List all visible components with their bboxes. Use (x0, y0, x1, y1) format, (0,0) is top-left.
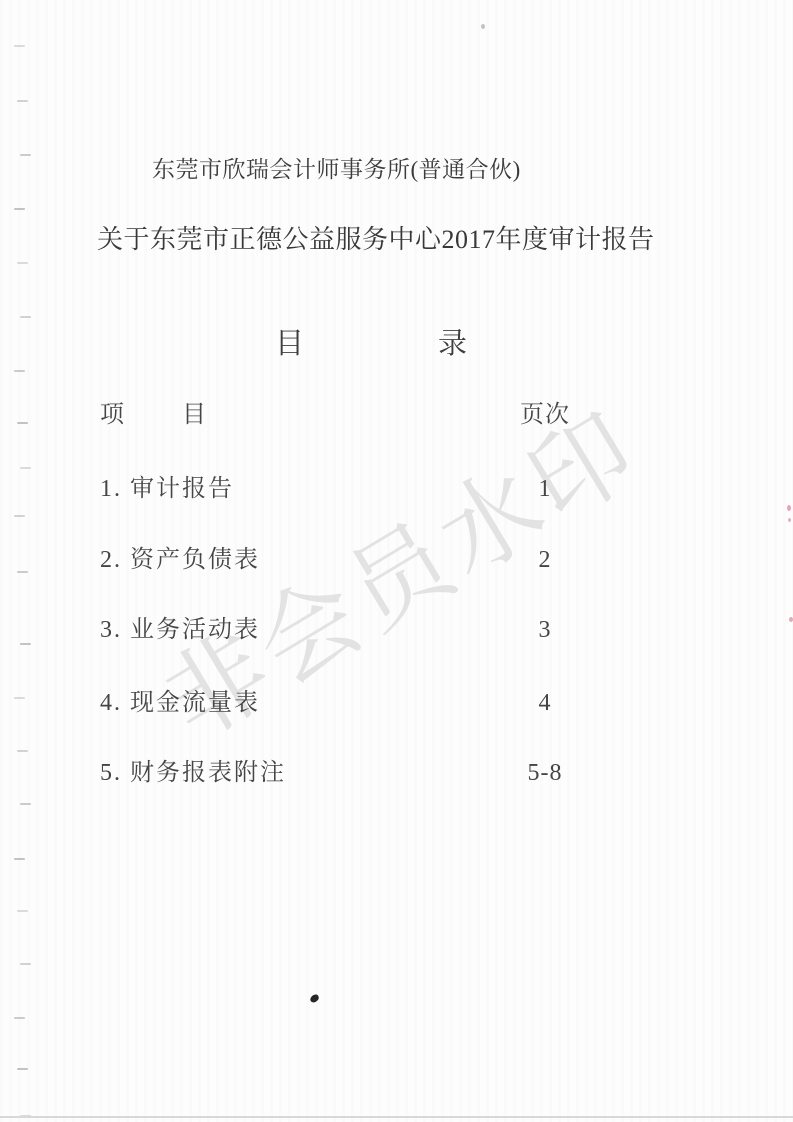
toc-entry-label: 4. 现金流量表 (100, 686, 260, 720)
toc-entry-label: 1. 审计报告 (100, 472, 234, 506)
scanned-document-page: 非会员水印 东莞市欣瑞会计师事务所(普通合伙) 关于东莞市正德公益服务中心201… (0, 0, 793, 1122)
binding-mark (17, 262, 28, 264)
red-scan-speck (787, 505, 791, 511)
binding-mark (20, 643, 31, 645)
binding-mark (20, 803, 31, 805)
binding-mark (14, 1017, 25, 1019)
toc-entry-page: 5-8 (497, 756, 593, 790)
toc-entry: 5. 财务报表附注 5-8 (0, 756, 793, 790)
ink-speck (309, 993, 320, 1003)
toc-column-header: 项目 页次 (0, 398, 793, 432)
toc-entry-label: 5. 财务报表附注 (100, 756, 286, 790)
binding-mark (14, 858, 25, 860)
scan-bottom-edge (0, 1116, 793, 1118)
red-scan-speck (789, 617, 793, 622)
toc-entry: 1. 审计报告 1 (0, 472, 793, 506)
binding-mark (17, 910, 28, 912)
binding-mark (14, 515, 25, 517)
toc-entry: 2. 资产负债表 2 (0, 543, 793, 577)
toc-entry: 4. 现金流量表 4 (0, 686, 793, 720)
red-scan-speck (788, 518, 791, 522)
binding-mark (14, 208, 25, 210)
toc-entry-label: 2. 资产负债表 (100, 543, 260, 577)
binding-mark (20, 467, 31, 469)
toc-entry-page: 4 (497, 686, 593, 720)
binding-mark (17, 100, 28, 102)
binding-mark (17, 571, 28, 573)
toc-entry-page: 1 (497, 472, 593, 506)
firm-title: 东莞市欣瑞会计师事务所(普通合伙) (152, 153, 521, 187)
binding-mark (20, 154, 31, 156)
toc-column-item-label: 项目 (100, 398, 264, 432)
report-title: 关于东莞市正德公益服务中心2017年度审计报告 (97, 222, 655, 258)
binding-mark (17, 1068, 28, 1070)
toc-entry-page: 3 (497, 613, 593, 647)
binding-mark (20, 963, 31, 965)
binding-mark (20, 316, 31, 318)
scan-speck (481, 24, 485, 29)
toc-column-page-label: 页次 (497, 398, 593, 432)
toc-heading: 目录 (275, 326, 601, 362)
binding-mark (17, 422, 28, 424)
toc-entry-label: 3. 业务活动表 (100, 613, 260, 647)
binding-mark (14, 370, 25, 372)
binding-mark (14, 45, 25, 47)
binding-mark (17, 750, 28, 752)
toc-entry: 3. 业务活动表 3 (0, 613, 793, 647)
binding-mark (14, 697, 25, 699)
toc-entry-page: 2 (497, 543, 593, 577)
